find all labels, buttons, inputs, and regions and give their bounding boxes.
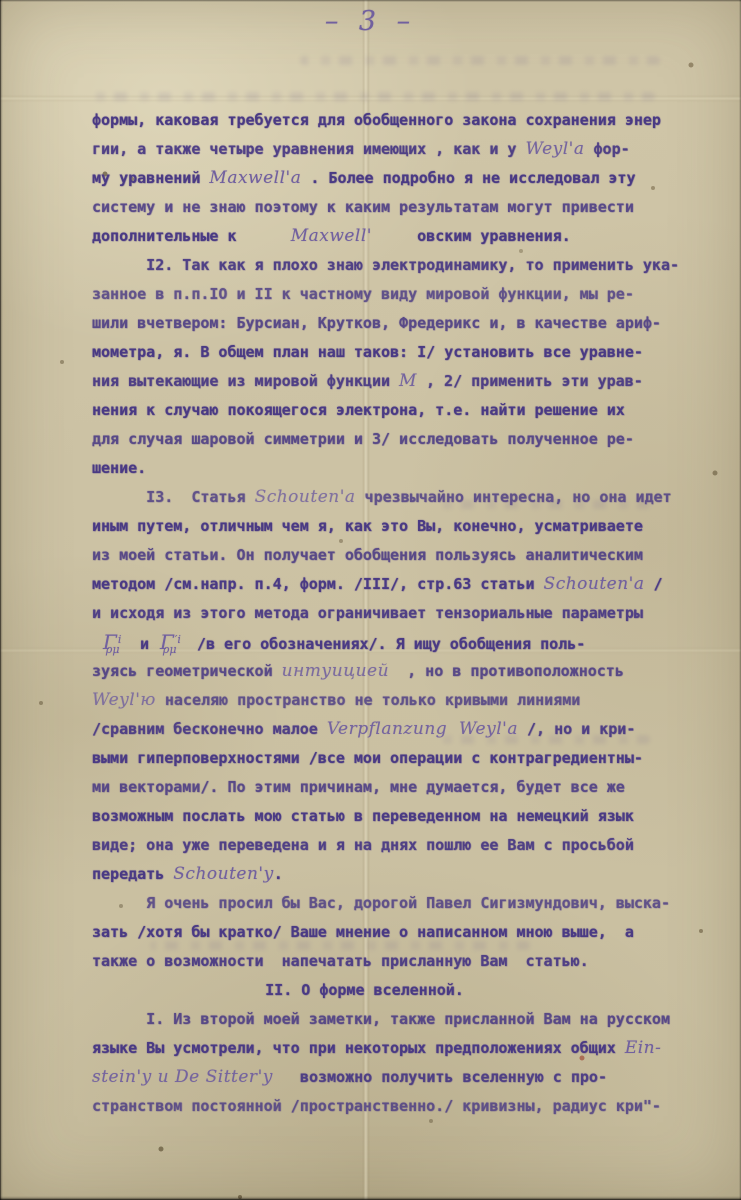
ink-offset-smudge — [85, 92, 655, 101]
typewritten-text: . — [274, 865, 283, 883]
text-line: ния вытекающие из мировой функции M , 2/… — [92, 367, 692, 396]
handwritten-text: Maxwell'a — [209, 168, 301, 188]
text-line: зать /хотя бы кратко/ Ваше мнение о напи… — [92, 918, 692, 947]
typewritten-text: овским уравнения. — [372, 227, 571, 245]
typewritten-text: /, но и кри- — [518, 720, 635, 738]
typewritten-text: / — [645, 575, 663, 593]
typewritten-text: и — [131, 635, 158, 653]
text-line: также о возможности напечатать присланну… — [92, 947, 692, 976]
typewritten-text: ми векторами/. По этим причинам, мне дум… — [92, 778, 625, 796]
typewritten-text: занное в п.п.IО и II к частному виду мир… — [92, 285, 634, 303]
typewritten-text: шили вчетвером: Бурсиан, Крутков, Фредер… — [92, 314, 661, 332]
typewritten-text: возможным послать мою статью в переведен… — [92, 807, 634, 825]
handwritten-text: интуицией — [282, 661, 389, 681]
typewritten-text: . Более подробно я не исследовал эту — [301, 169, 635, 187]
typewritten-text: /в его обозначениях/. Я ищу обобщения по… — [188, 635, 585, 653]
text-line: методом /см.напр. п.4, форм. /III/, стр.… — [92, 570, 692, 599]
page-number: – 3 – — [0, 6, 741, 37]
typewritten-text: , 2/ применить эти урав- — [417, 372, 643, 390]
text-line: возможным послать мою статью в переведен… — [92, 802, 692, 831]
text-line: /сравним бесконечно малое Verpflanzung W… — [92, 715, 692, 744]
typewritten-text: для случая шаровой симметрии и 3/ исслед… — [92, 430, 634, 448]
text-line: stein'y и De Sitter'y возможно получить … — [92, 1063, 692, 1092]
handwritten-text: Weyl'ю — [92, 690, 156, 710]
text-line: из моей статьи. Он получает обобщения по… — [92, 541, 692, 570]
typewritten-text: нения к случаю покоящегося электрона, т.… — [92, 401, 625, 419]
typewritten-text: шение. — [92, 459, 146, 477]
typewritten-text: систему и не знаю поэтому к каким резуль… — [92, 198, 634, 216]
text-line: шение. — [92, 454, 692, 483]
text-line: I2. Так как я плохо знаю электродинамику… — [92, 251, 692, 280]
typewritten-text: ния вытекающие из мировой функции — [92, 372, 399, 390]
text-line: занное в п.п.IО и II к частному виду мир… — [92, 280, 692, 309]
text-line: передать Schouten'y. — [92, 860, 692, 889]
scan-edge — [0, 0, 741, 2]
typewritten-text: I2. Так как я плохо знаю электродинамику… — [92, 256, 679, 274]
typewritten-text: I3. Статья — [92, 488, 255, 506]
typewritten-text: передать — [92, 865, 173, 883]
text-line: языке Вы усмотрели, что при некоторых пр… — [92, 1034, 692, 1063]
text-line: зуясь геометрической интуицией , но в пр… — [92, 657, 692, 686]
text-line: ми векторами/. По этим причинам, мне дум… — [92, 773, 692, 802]
text-line: гии, а также четыре уравнения имеющих , … — [92, 135, 692, 164]
typewritten-text: дополнительные к — [92, 227, 291, 245]
text-line: Weyl'ю населяю пространство не только кр… — [92, 686, 692, 715]
handwritten-text: Verpflanzung Weyl'a — [327, 719, 518, 739]
typewritten-text: и исходя из этого метода ограничивает те… — [92, 604, 643, 622]
typewritten-text: возможно получить вселенную с про- — [273, 1068, 607, 1086]
typewritten-text: зать /хотя бы кратко/ Ваше мнение о напи… — [92, 923, 634, 941]
text-line: I3. Статья Schouten'a чрезвычайно интере… — [92, 483, 692, 512]
text-line: формы, каковая требуется для обобщенного… — [92, 106, 692, 135]
typewritten-text: чрезвычайно интересна, но она идет — [356, 488, 672, 506]
ink-offset-smudge — [300, 56, 660, 65]
letter-page: – 3 – формы, каковая требуется для обобщ… — [0, 0, 741, 1200]
typewritten-text: языке Вы усмотрели, что при некоторых пр… — [92, 1039, 625, 1057]
text-line: Я очень просил бы Вас, дорогой Павел Сиг… — [92, 889, 692, 918]
gamma-tensor-symbol: Γ′iρμ — [158, 628, 188, 659]
typewritten-text: из моей статьи. Он получает обобщения по… — [92, 546, 643, 564]
typewritten-text: II. О форме вселенной. — [265, 981, 464, 999]
gamma-tensor-symbol: Γiρμ — [101, 628, 131, 659]
typewritten-text — [92, 635, 101, 653]
text-line: для случая шаровой симметрии и 3/ исслед… — [92, 425, 692, 454]
handwritten-text: M — [399, 371, 417, 391]
text-line: му уравнений Maxwell'a . Более подробно … — [92, 164, 692, 193]
paper-specks — [0, 0, 2, 2]
typewritten-text: населяю пространство не только кривыми л… — [156, 691, 580, 709]
handwritten-text: Schouten'a — [544, 574, 645, 594]
text-line: Γiρμ и Γ′iρμ /в его обозначениях/. Я ищу… — [92, 628, 692, 657]
typewritten-text: иным путем, отличным чем я, как это Вы, … — [92, 517, 643, 535]
text-line: шили вчетвером: Бурсиан, Крутков, Фредер… — [92, 309, 692, 338]
typewritten-text: выми гиперповерхностями /все мои операци… — [92, 749, 643, 767]
typewritten-text: методом /см.напр. п.4, форм. /III/, стр.… — [92, 575, 544, 593]
handwritten-text: Maxwell' — [291, 226, 372, 246]
typewritten-text: виде; она уже переведена и я на днях пош… — [92, 836, 634, 854]
text-line: дополнительные к Maxwell' овским уравнен… — [92, 222, 692, 251]
letter-body: формы, каковая требуется для обобщенного… — [92, 106, 692, 1121]
typewritten-text: странством постоянной /пространственно./… — [92, 1097, 661, 1115]
typewritten-text: гии, а также четыре уравнения имеющих , … — [92, 140, 525, 158]
scan-edge — [0, 0, 3, 1200]
scan-edge — [0, 1196, 741, 1200]
typewritten-text: зуясь геометрической — [92, 662, 282, 680]
handwritten-text: stein'y и De Sitter'y — [92, 1067, 273, 1087]
typewritten-text: фор- — [584, 140, 629, 158]
text-line: выми гиперповерхностями /все мои операци… — [92, 744, 692, 773]
text-line: странством постоянной /пространственно./… — [92, 1092, 692, 1121]
text-line: мометра, я. В общем план наш таков: I/ у… — [92, 338, 692, 367]
typewritten-text: мометра, я. В общем план наш таков: I/ у… — [92, 343, 643, 361]
handwritten-text: Ein- — [625, 1038, 662, 1058]
text-line: и исходя из этого метода ограничивает те… — [92, 599, 692, 628]
section-heading: II. О форме вселенной. — [92, 976, 692, 1005]
typewritten-text: также о возможности напечатать присланну… — [92, 952, 589, 970]
handwritten-text: Weyl'a — [525, 139, 584, 159]
text-line: систему и не знаю поэтому к каким резуль… — [92, 193, 692, 222]
handwritten-text: Schouten'a — [255, 487, 356, 507]
typewritten-text: /сравним бесконечно малое — [92, 720, 327, 738]
handwritten-text: Schouten'y — [173, 864, 273, 884]
typewritten-text: Я очень просил бы Вас, дорогой Павел Сиг… — [92, 894, 670, 912]
text-line: иным путем, отличным чем я, как это Вы, … — [92, 512, 692, 541]
typewritten-text: му уравнений — [92, 169, 209, 187]
typewritten-text: формы, каковая требуется для обобщенного… — [92, 111, 661, 129]
typewritten-text: I. Из второй моей заметки, также прислан… — [92, 1010, 670, 1028]
typewritten-text: , но в противоположность — [389, 662, 624, 680]
text-line: нения к случаю покоящегося электрона, т.… — [92, 396, 692, 425]
text-line: виде; она уже переведена и я на днях пош… — [92, 831, 692, 860]
text-line: I. Из второй моей заметки, также прислан… — [92, 1005, 692, 1034]
